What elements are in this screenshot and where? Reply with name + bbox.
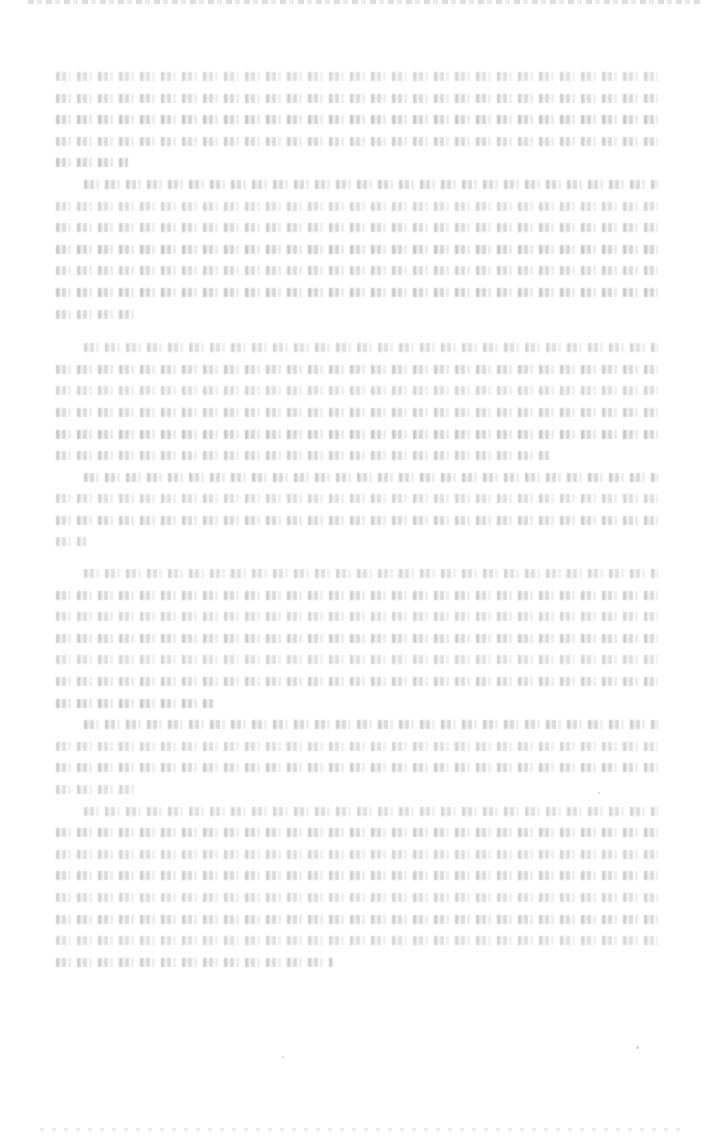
faded-text bbox=[56, 871, 658, 880]
faded-text bbox=[56, 699, 213, 708]
faded-text bbox=[56, 634, 658, 643]
text-line bbox=[56, 304, 658, 326]
text-line bbox=[56, 467, 658, 489]
faded-text bbox=[84, 180, 658, 189]
text-line bbox=[56, 757, 658, 779]
page-body: Text on this scan is too faded to read; … bbox=[56, 66, 658, 973]
faded-text bbox=[56, 655, 658, 664]
text-line bbox=[56, 174, 658, 196]
text-line bbox=[56, 714, 658, 736]
scan-speck bbox=[282, 1056, 284, 1058]
text-line bbox=[56, 424, 658, 446]
text-line bbox=[56, 628, 658, 650]
text-line bbox=[56, 801, 658, 823]
scan-speck bbox=[636, 1046, 639, 1049]
text-line bbox=[56, 510, 658, 532]
faded-text bbox=[56, 516, 658, 525]
faded-text bbox=[84, 720, 658, 729]
text-line bbox=[56, 88, 658, 110]
text-line bbox=[56, 865, 658, 887]
faded-text bbox=[56, 288, 658, 297]
faded-text bbox=[84, 807, 658, 816]
text-line bbox=[56, 217, 658, 239]
faded-text bbox=[56, 915, 658, 924]
paragraph: [illegible] bbox=[56, 563, 658, 714]
text-line bbox=[56, 402, 658, 424]
text-line bbox=[56, 196, 658, 218]
faded-text bbox=[56, 72, 658, 81]
text-line bbox=[56, 563, 658, 585]
paragraph: [illegible] bbox=[56, 714, 658, 800]
text-line bbox=[56, 260, 658, 282]
faded-text bbox=[56, 591, 658, 600]
paragraph: [illegible] bbox=[56, 801, 658, 974]
text-line bbox=[56, 488, 658, 510]
faded-text bbox=[56, 451, 550, 460]
faded-text bbox=[56, 612, 658, 621]
text-line bbox=[56, 445, 658, 467]
faded-text bbox=[56, 763, 658, 772]
faded-text bbox=[56, 850, 658, 859]
faded-text bbox=[56, 386, 658, 395]
text-line bbox=[56, 671, 658, 693]
text-line bbox=[56, 585, 658, 607]
scan-bottom-edge bbox=[40, 1128, 680, 1131]
scan-top-edge bbox=[28, 0, 702, 4]
faded-text bbox=[56, 245, 658, 254]
faded-text bbox=[84, 343, 658, 352]
text-line bbox=[56, 909, 658, 931]
text-line bbox=[56, 152, 658, 174]
text-line bbox=[56, 887, 658, 909]
faded-text bbox=[56, 115, 658, 124]
text-line bbox=[56, 952, 658, 974]
paragraph: [illegible] bbox=[56, 174, 658, 325]
text-line bbox=[56, 606, 658, 628]
paragraph: [illegible] bbox=[56, 66, 658, 174]
text-line bbox=[56, 844, 658, 866]
faded-text bbox=[56, 893, 658, 902]
scan-speck bbox=[598, 792, 600, 794]
paragraph-list: [illegible][illegible][illegible][illegi… bbox=[56, 66, 658, 973]
faded-text bbox=[56, 958, 333, 967]
faded-text bbox=[56, 266, 658, 275]
text-line bbox=[56, 779, 658, 801]
faded-text bbox=[56, 828, 658, 837]
text-line bbox=[56, 380, 658, 402]
faded-text bbox=[56, 137, 658, 146]
text-line bbox=[56, 531, 658, 553]
faded-text bbox=[84, 473, 658, 482]
text-line bbox=[56, 239, 658, 261]
faded-text bbox=[56, 494, 658, 503]
faded-text bbox=[56, 310, 134, 319]
text-line bbox=[56, 359, 658, 381]
text-line bbox=[56, 693, 658, 715]
text-line bbox=[56, 930, 658, 952]
faded-text bbox=[56, 94, 658, 103]
paragraph: [illegible] bbox=[56, 467, 658, 553]
faded-text bbox=[84, 569, 658, 578]
text-line bbox=[56, 649, 658, 671]
faded-text bbox=[56, 408, 658, 417]
text-line bbox=[56, 337, 658, 359]
text-line bbox=[56, 282, 658, 304]
text-line bbox=[56, 131, 658, 153]
text-line bbox=[56, 822, 658, 844]
text-line bbox=[56, 109, 658, 131]
faded-text bbox=[56, 202, 658, 211]
faded-text bbox=[56, 223, 658, 232]
paragraph: [illegible] bbox=[56, 337, 658, 467]
faded-text bbox=[56, 742, 658, 751]
faded-text bbox=[56, 430, 658, 439]
faded-text bbox=[56, 537, 86, 546]
faded-text bbox=[56, 785, 134, 794]
faded-text bbox=[56, 365, 658, 374]
faded-text bbox=[56, 936, 658, 945]
text-line bbox=[56, 736, 658, 758]
faded-text bbox=[56, 677, 658, 686]
text-line bbox=[56, 66, 658, 88]
faded-text bbox=[56, 158, 128, 167]
